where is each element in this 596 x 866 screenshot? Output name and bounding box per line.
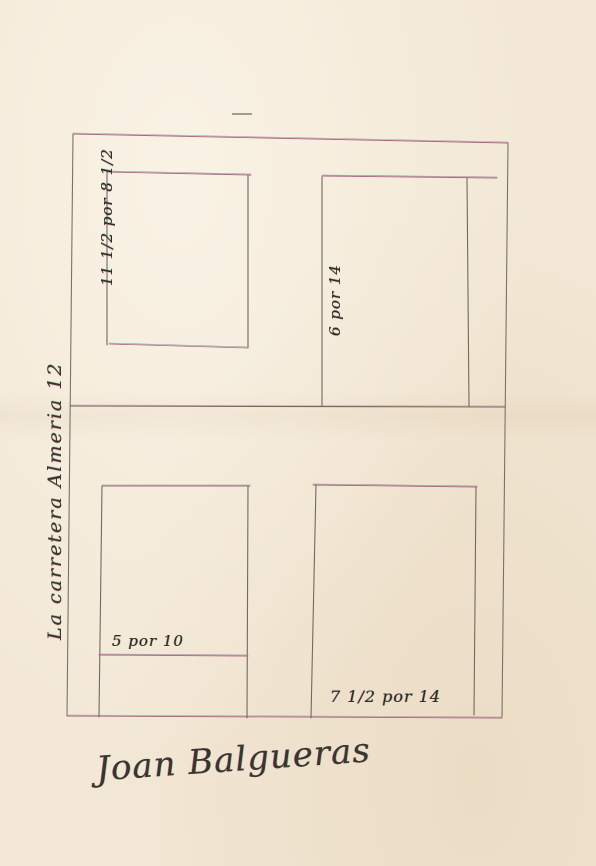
frame-top-left-dimensions: 11 1/2 por 8 1/2 — [98, 148, 116, 286]
frame-bottom-left — [99, 485, 250, 718]
frame-top-right-dimensions: 6 por 14 — [326, 264, 344, 336]
paper-sheet: 11 1/2 por 8 1/2 6 por 14 La carretera A… — [0, 0, 596, 866]
side-annotation: La carretera Almeria 12 — [44, 362, 66, 640]
frame-bottom-right-dimensions: 7 1/2 por 14 — [330, 687, 441, 706]
frame-bottom-left-dimensions: 5 por 10 — [112, 632, 184, 650]
outer-frame — [67, 133, 508, 718]
frame-top-right — [322, 175, 497, 406]
frame-bottom-right — [311, 484, 477, 718]
frame-top-left — [107, 171, 251, 348]
